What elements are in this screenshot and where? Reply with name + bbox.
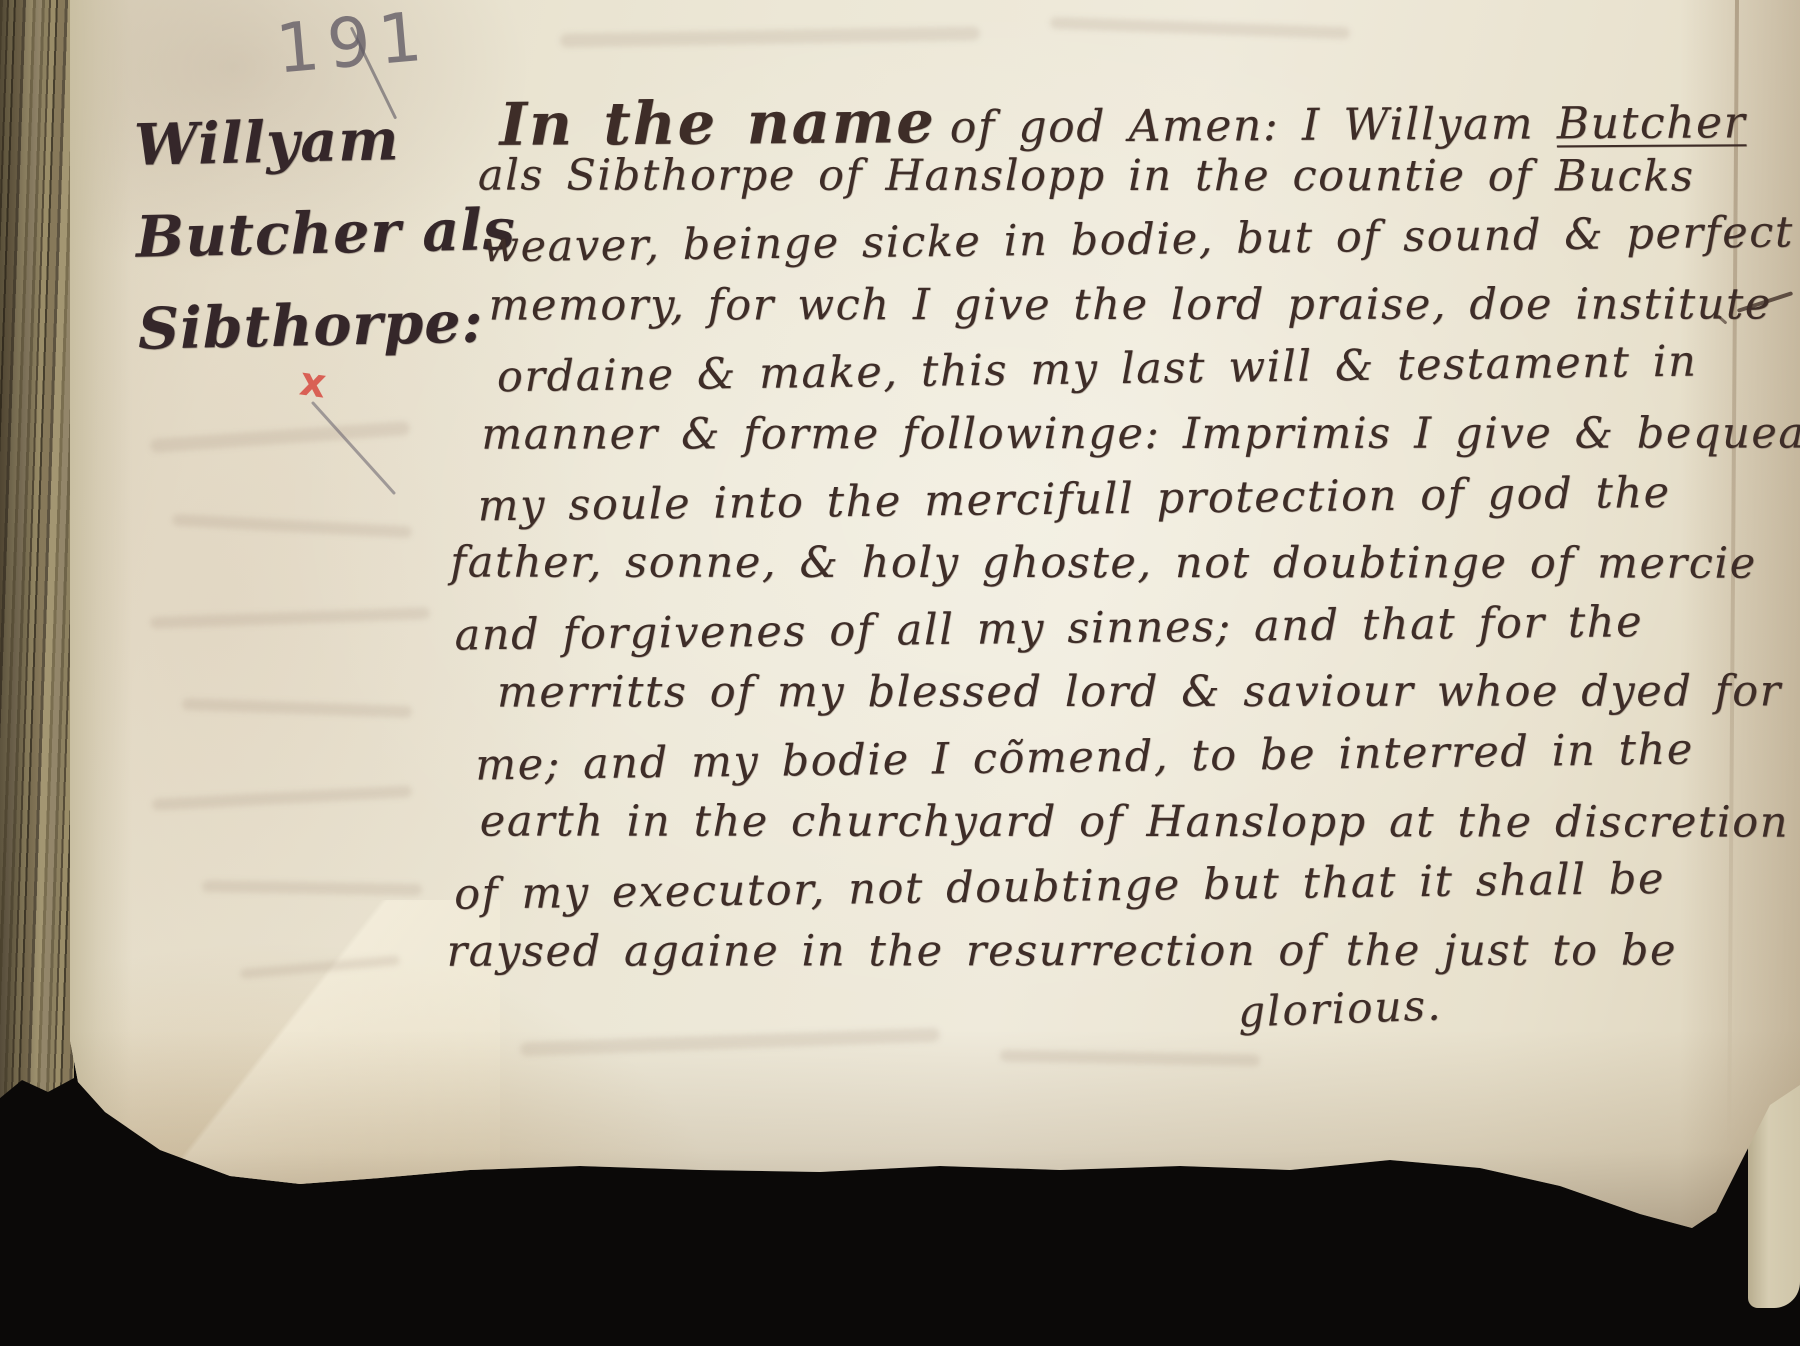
manuscript-page: 191 Willyam Butcher als Sibthorpe: x In … xyxy=(0,0,1800,1346)
will-line: In the nameof god Amen: I Willyam Butche… xyxy=(499,82,1765,154)
will-line: weaver, beinge sicke in bodie, but of so… xyxy=(482,208,1767,287)
show-through-mark xyxy=(1050,17,1350,39)
will-line: and forgivenes of all my sinnes; and tha… xyxy=(454,595,1769,674)
will-line: my soule into the mercifull protection o… xyxy=(477,466,1768,545)
closing-word: glorious. xyxy=(1237,980,1443,1036)
show-through-mark xyxy=(152,785,412,811)
will-line: merritts of my blessed lord & saviour wh… xyxy=(497,667,1769,733)
margin-heading-line-1: Willyam xyxy=(133,92,495,192)
will-line: als Sibthorpe of Hanslopp in the countie… xyxy=(478,150,1766,216)
will-text-block: In the nameof god Amen: I Willyam Butche… xyxy=(485,82,1771,994)
will-line: ordaine & make, this my last will & test… xyxy=(497,336,1768,417)
pencil-page-number: 191 xyxy=(273,0,433,90)
show-through-mark xyxy=(182,698,412,718)
will-line-1-rest: of god Amen: I Willyam xyxy=(950,99,1535,154)
margin-heading: Willyam Butcher als Sibthorpe: xyxy=(133,92,499,375)
book-spine-page-edges xyxy=(0,0,74,1110)
will-line: father, sonne, & holy ghoste, not doubti… xyxy=(450,538,1768,604)
margin-heading-line-2: Butcher als xyxy=(135,184,497,284)
will-line: manner & forme followinge: Imprimis I gi… xyxy=(481,408,1767,474)
manuscript-photo: 191 Willyam Butcher als Sibthorpe: x In … xyxy=(0,0,1800,1346)
underlined-surname: Butcher xyxy=(1557,97,1747,149)
show-through-mark xyxy=(150,421,410,453)
opening-words: In the name xyxy=(499,87,936,159)
pencil-stroke xyxy=(311,401,396,495)
show-through-mark xyxy=(202,880,422,896)
show-through-mark xyxy=(172,514,412,539)
page-bottom-shadow xyxy=(0,1030,1800,1250)
will-line: memory, for wch I give the lord praise, … xyxy=(489,279,1767,345)
show-through-mark xyxy=(150,607,430,629)
will-line: me; and my bodie I cõmend, to be interre… xyxy=(475,724,1770,806)
will-line: of my executor, not doubtinge but that i… xyxy=(454,853,1771,935)
will-line: raysed againe in the resurrection of the… xyxy=(447,925,1771,991)
show-through-mark xyxy=(560,26,980,47)
will-line: earth in the churchyard of Hanslopp at t… xyxy=(480,796,1770,862)
